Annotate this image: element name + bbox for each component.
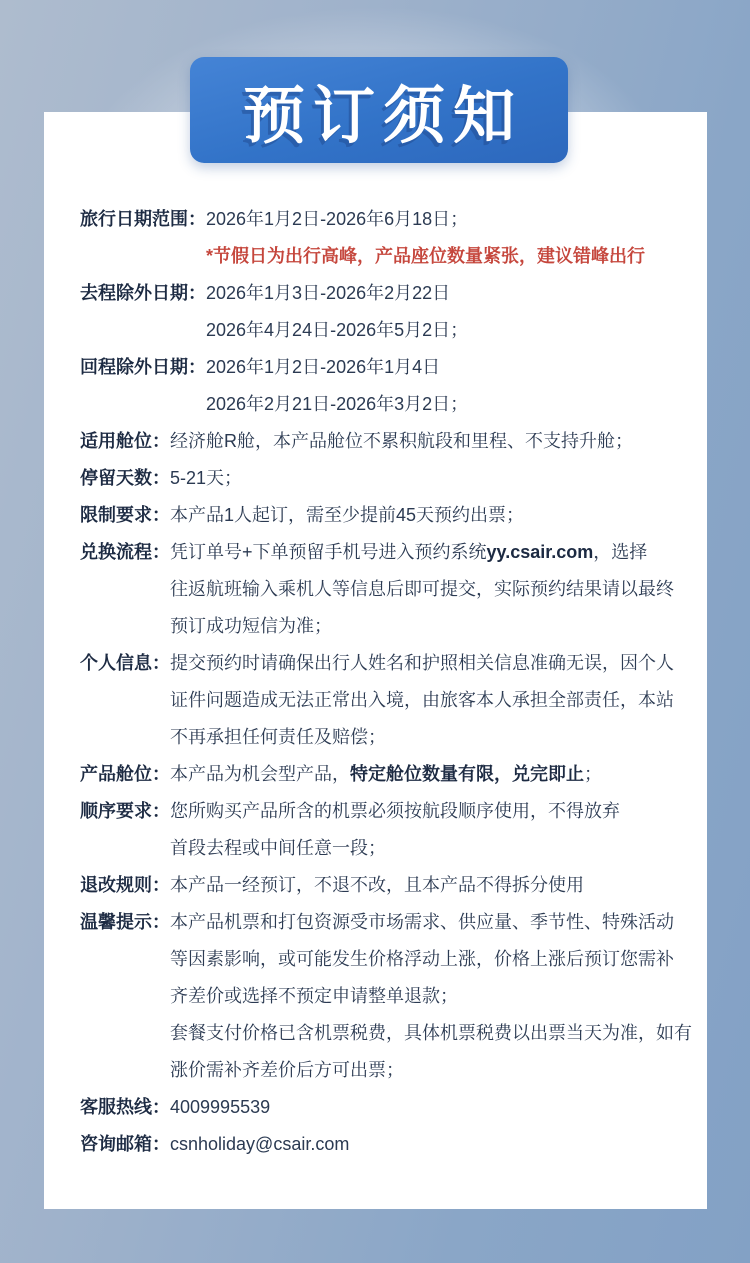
item-label: 适用舱位： [80, 423, 170, 460]
banner-title: 预订须知 [243, 66, 523, 155]
limited-quantity-emphasis: 特定舱位数量有限，兑完即止 [350, 764, 584, 784]
item-value: 2026年1月2日-2026年6月18日； *节假日为出行高峰，产品座位数量紧张… [206, 201, 683, 275]
item-line: 本产品为机会型产品，特定舱位数量有限，兑完即止； [170, 756, 683, 793]
item-line: 2026年1月2日-2026年6月18日； [206, 201, 683, 238]
item-label: 个人信息： [80, 645, 170, 682]
item-value: 4009995539 [170, 1089, 683, 1126]
hotline-number: 4009995539 [170, 1089, 683, 1126]
item-label: 去程除外日期： [80, 275, 206, 312]
item-line: 预订成功短信为准； [170, 608, 683, 645]
item-label: 回程除外日期： [80, 349, 206, 386]
item-value: 本产品1人起订，需至少提前45天预约出票； [170, 497, 683, 534]
item-label: 温馨提示： [80, 904, 170, 941]
text-segment: ，选择 [593, 542, 647, 562]
text-segment: 本产品为机会型产品， [170, 764, 350, 784]
item-line: 等因素影响，或可能发生价格浮动上涨，价格上涨后预订您需补 [170, 941, 683, 978]
item-line: 本产品1人起订，需至少提前45天预约出票； [170, 497, 683, 534]
notice-card: 旅行日期范围： 2026年1月2日-2026年6月18日； *节假日为出行高峰，… [44, 112, 707, 1209]
item-label: 客服热线： [80, 1089, 170, 1126]
contact-email: csnholiday@csair.com [170, 1126, 683, 1163]
item-line: 套餐支付价格已含机票税费，具体机票税费以出票当天为准，如有 [170, 1015, 683, 1052]
notice-item-cabin-class: 适用舱位： 经济舱R舱，本产品舱位不累积航段和里程、不支持升舱； [80, 423, 683, 460]
notice-item-customer-hotline: 客服热线： 4009995539 [80, 1089, 683, 1126]
item-line: 提交预约时请确保出行人姓名和护照相关信息准确无误，因个人 [170, 645, 683, 682]
notice-item-personal-info: 个人信息： 提交预约时请确保出行人姓名和护照相关信息准确无误，因个人 证件问题造… [80, 645, 683, 756]
notice-list: 旅行日期范围： 2026年1月2日-2026年6月18日； *节假日为出行高峰，… [44, 112, 707, 1163]
item-line: 5-21天； [170, 460, 683, 497]
item-value: 本产品一经预订，不退不改，且本产品不得拆分使用 [170, 867, 683, 904]
item-line: 涨价需补齐差价后方可出票； [170, 1052, 683, 1089]
item-line: 您所购买产品所含的机票必须按航段顺序使用，不得放弃 [170, 793, 683, 830]
notice-item-friendly-reminder: 温馨提示： 本产品机票和打包资源受市场需求、供应量、季节性、特殊活动 等因素影响… [80, 904, 683, 1089]
text-segment: ； [584, 764, 602, 784]
item-line: 经济舱R舱，本产品舱位不累积航段和里程、不支持升舱； [170, 423, 683, 460]
item-label: 产品舱位： [80, 756, 170, 793]
item-line: 不再承担任何责任及赔偿； [170, 719, 683, 756]
item-value: 本产品为机会型产品，特定舱位数量有限，兑完即止； [170, 756, 683, 793]
item-label: 退改规则： [80, 867, 170, 904]
item-line: 2026年1月3日-2026年2月22日 [206, 275, 683, 312]
item-line: 2026年1月2日-2026年1月4日 [206, 349, 683, 386]
item-line: 本产品机票和打包资源受市场需求、供应量、季节性、特殊活动 [170, 904, 683, 941]
item-line: 2026年2月21日-2026年3月2日； [206, 386, 683, 423]
item-value: 您所购买产品所含的机票必须按航段顺序使用，不得放弃 首段去程或中间任意一段； [170, 793, 683, 867]
item-line: 往返航班输入乘机人等信息后即可提交，实际预约结果请以最终 [170, 571, 683, 608]
notice-item-travel-date-range: 旅行日期范围： 2026年1月2日-2026年6月18日； *节假日为出行高峰，… [80, 201, 683, 275]
peak-season-warning: *节假日为出行高峰，产品座位数量紧张，建议错峰出行 [206, 238, 683, 275]
item-value: 2026年1月3日-2026年2月22日 2026年4月24日-2026年5月2… [206, 275, 683, 349]
notice-banner: 预订须知 [190, 57, 568, 163]
item-value: 5-21天； [170, 460, 683, 497]
item-label: 兑换流程： [80, 534, 170, 571]
notice-item-return-blackout-dates: 回程除外日期： 2026年1月2日-2026年1月4日 2026年2月21日-2… [80, 349, 683, 423]
notice-item-booking-restriction: 限制要求： 本产品1人起订，需至少提前45天预约出票； [80, 497, 683, 534]
page-background: 旅行日期范围： 2026年1月2日-2026年6月18日； *节假日为出行高峰，… [0, 0, 750, 1263]
item-value: 提交预约时请确保出行人姓名和护照相关信息准确无误，因个人 证件问题造成无法正常出… [170, 645, 683, 756]
item-label: 旅行日期范围： [80, 201, 206, 238]
item-line: 2026年4月24日-2026年5月2日； [206, 312, 683, 349]
notice-item-stay-duration: 停留天数： 5-21天； [80, 460, 683, 497]
item-label: 限制要求： [80, 497, 170, 534]
item-line: 首段去程或中间任意一段； [170, 830, 683, 867]
item-label: 停留天数： [80, 460, 170, 497]
item-line: 凭订单号+下单预留手机号进入预约系统yy.csair.com，选择 [170, 534, 683, 571]
item-line: 本产品一经预订，不退不改，且本产品不得拆分使用 [170, 867, 683, 904]
item-value: 凭订单号+下单预留手机号进入预约系统yy.csair.com，选择 往返航班输入… [170, 534, 683, 645]
text-segment: 凭订单号+下单预留手机号进入预约系统 [170, 542, 487, 562]
item-value: 本产品机票和打包资源受市场需求、供应量、季节性、特殊活动 等因素影响，或可能发生… [170, 904, 683, 1089]
booking-site-url: yy.csair.com [487, 542, 594, 562]
item-value: csnholiday@csair.com [170, 1126, 683, 1163]
item-label: 咨询邮箱： [80, 1126, 170, 1163]
notice-item-sequence-requirement: 顺序要求： 您所购买产品所含的机票必须按航段顺序使用，不得放弃 首段去程或中间任… [80, 793, 683, 867]
item-value: 经济舱R舱，本产品舱位不累积航段和里程、不支持升舱； [170, 423, 683, 460]
notice-item-contact-email: 咨询邮箱： csnholiday@csair.com [80, 1126, 683, 1163]
item-value: 2026年1月2日-2026年1月4日 2026年2月21日-2026年3月2日… [206, 349, 683, 423]
notice-item-redemption-process: 兑换流程： 凭订单号+下单预留手机号进入预约系统yy.csair.com，选择 … [80, 534, 683, 645]
item-label: 顺序要求： [80, 793, 170, 830]
notice-item-product-cabin: 产品舱位： 本产品为机会型产品，特定舱位数量有限，兑完即止； [80, 756, 683, 793]
notice-item-refund-change-policy: 退改规则： 本产品一经预订，不退不改，且本产品不得拆分使用 [80, 867, 683, 904]
item-line: 齐差价或选择不预定申请整单退款； [170, 978, 683, 1015]
notice-item-outbound-blackout-dates: 去程除外日期： 2026年1月3日-2026年2月22日 2026年4月24日-… [80, 275, 683, 349]
item-line: 证件问题造成无法正常出入境，由旅客本人承担全部责任，本站 [170, 682, 683, 719]
